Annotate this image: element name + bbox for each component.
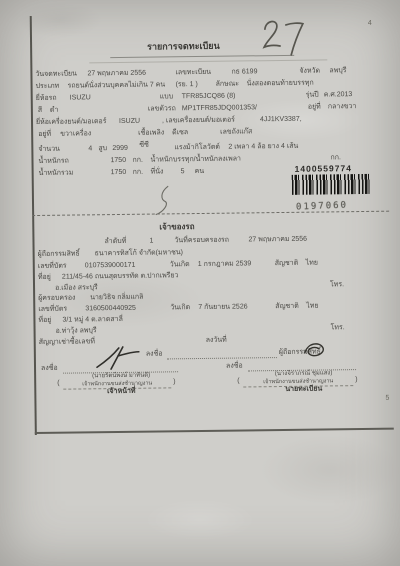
contract-label: สัญญาเช่าซื้อเลขที่ bbox=[39, 338, 95, 347]
pen-mark bbox=[151, 184, 175, 216]
type-value: รถยนต์นั่งส่วนบุคคลไม่เกิน 7 คน bbox=[68, 81, 166, 90]
weight-unit: กก. bbox=[132, 157, 143, 165]
stamped-serial-number: 0197060 bbox=[296, 201, 348, 213]
body-value: นั่งสองตอนท้ายบรรทุก bbox=[247, 80, 314, 89]
possessor-address2-value: อ.ท่าวุ้ง ลพบุรี bbox=[56, 327, 97, 336]
owner-sign-label: ลงชื่อ bbox=[146, 350, 163, 358]
possession-date-label: วันที่ครอบครองรถ bbox=[174, 237, 229, 246]
owner-section-title: เจ้าของรถ bbox=[159, 223, 239, 232]
engine-pos-value: ขวาเครื่อง bbox=[60, 130, 91, 138]
bottom-border-line bbox=[35, 428, 394, 434]
possessor-address-value: 3/1 หมู่ 4 ต.ลาดสาลี่ bbox=[62, 316, 123, 325]
engine-no-label: , เลขเครื่องยนต์/มอเตอร์ bbox=[162, 117, 235, 126]
document-content: รายการจดทะเบียน 4 วันจดทะเบียน 27 พฤษภาค… bbox=[0, 0, 400, 566]
owner-nationality-value: ไทย bbox=[306, 260, 318, 268]
cc-unit: ซีซี bbox=[139, 142, 149, 150]
hp-label: แรงม้ากิโลวัตต์ bbox=[174, 144, 220, 153]
owner-value: ธนาคารทิสโก้ จำกัด(มหาชน) bbox=[95, 249, 183, 258]
registrar-sign-label: ลงชื่อ bbox=[226, 362, 243, 370]
seq-value: 1 bbox=[149, 238, 153, 246]
weight-label: น้ำหนักรถ bbox=[38, 158, 68, 166]
seats-label: ที่นั่ง bbox=[151, 168, 164, 176]
owner-signature bbox=[301, 339, 331, 359]
possessor-address-label: ที่อยู่ bbox=[38, 317, 51, 325]
engine-brand-value: ISUZU bbox=[119, 118, 140, 126]
brand-label: ยี่ห้อรถ bbox=[36, 95, 57, 103]
possessor-value: นายวิธิจ กลิ่มแกลิ bbox=[90, 294, 143, 303]
registrar-title-paren-open: ( bbox=[237, 378, 239, 386]
owner-card-value: 0107539000171 bbox=[85, 262, 136, 271]
possession-date-value: 27 พฤษภาคม 2556 bbox=[248, 236, 307, 245]
reg-no-value: กธ 6199 bbox=[231, 68, 257, 76]
gross-label: น้ำหนักรวม bbox=[39, 170, 74, 178]
dashed-separator bbox=[32, 211, 389, 216]
chassis-pos-value: กลางขวา bbox=[328, 103, 357, 111]
reg-date-value: 27 พฤษภาคม 2556 bbox=[87, 70, 146, 79]
seats-unit: คน bbox=[195, 168, 205, 176]
chassis-no-value: MP1TFR85JDQ001353/ bbox=[182, 104, 257, 113]
possessor-card-label: เลขที่บัตร bbox=[38, 306, 67, 314]
gas-tank-label: เลขถังแก๊ส bbox=[220, 128, 252, 136]
cc-value: 2999 bbox=[112, 145, 128, 153]
page-title: รายการจดทะเบียน bbox=[147, 41, 247, 50]
model-value: TFR85JCQ86 (8) bbox=[182, 93, 236, 102]
type-code: (รย. 1 ) bbox=[176, 81, 198, 89]
officer-title-paren-close: ) bbox=[173, 378, 175, 386]
cylinders-value: 4 bbox=[88, 145, 92, 153]
cylinders-unit: สูบ bbox=[98, 145, 107, 153]
engine-pos-label: อยู่ที่ bbox=[38, 131, 51, 139]
drivetrain-value: 2 เพลา 4 ล้อ ยาง 4 เส้น bbox=[228, 143, 298, 152]
seats-value: 5 bbox=[181, 168, 185, 176]
fuel-value: ดีเซล bbox=[172, 129, 188, 137]
corner-page-number: 4 bbox=[368, 20, 372, 28]
title-underline bbox=[110, 55, 294, 58]
possessor-label: ผู้ครอบครอง bbox=[38, 295, 75, 303]
model-label: แบบ bbox=[160, 93, 174, 101]
owner-address-label: ที่อยู่ bbox=[38, 274, 51, 282]
possessor-nationality-value: ไทย bbox=[306, 303, 318, 311]
possessor-birth-label: วันเกิด bbox=[170, 304, 190, 312]
officer-role: เจ้าหน้าที่ bbox=[71, 387, 171, 396]
contract-date-label: ลงวันที่ bbox=[206, 337, 227, 345]
owner-birth-label: วันเกิด bbox=[170, 261, 190, 269]
weight-value: 1750 bbox=[110, 157, 126, 165]
officer-title-paren-open: ( bbox=[57, 380, 59, 388]
engine-no-value: 4JJ1KV3387, bbox=[260, 116, 302, 125]
reg-date-label: วันจดทะเบียน bbox=[35, 70, 77, 79]
registrar-title-paren-close: ) bbox=[355, 376, 357, 384]
engine-brand-label: ยี่ห้อเครื่องยนต์/มอเตอร์ bbox=[36, 118, 107, 127]
chassis-no-label: เลขตัวรถ bbox=[148, 105, 176, 113]
brand-value: ISUZU bbox=[70, 94, 91, 102]
officer-sign-label: ลงชื่อ bbox=[41, 365, 58, 373]
barcode-number: 1400559774 bbox=[295, 163, 352, 174]
owner-label: ผู้ถือกรรมสิทธิ์ bbox=[38, 250, 80, 259]
owner-address2-value: อ.เมือง สระบุรี bbox=[55, 284, 98, 293]
fuel-label: เชื้อเพลิง bbox=[138, 129, 164, 137]
load-label: น้ำหนักบรรทุก/น้ำหนักลงเพลา bbox=[150, 155, 240, 164]
possessor-nationality-label: สัญชาติ bbox=[275, 303, 299, 311]
reg-no-label: เลขทะเบียน bbox=[175, 69, 211, 77]
officer-signature bbox=[89, 345, 144, 372]
scanned-registration-document: รายการจดทะเบียน 4 วันจดทะเบียน 27 พฤษภาค… bbox=[0, 0, 400, 566]
province-value: ลพบุรี bbox=[329, 67, 346, 75]
body-label: ลักษณะ bbox=[216, 81, 240, 89]
color-value: ดำ bbox=[50, 107, 59, 115]
type-label: ประเภท bbox=[36, 83, 60, 91]
year-label: รุ่นปี bbox=[306, 92, 319, 100]
owner-nationality-label: สัญชาติ bbox=[275, 260, 299, 268]
possessor-birth-value: 7 กันยายน 2526 bbox=[198, 303, 247, 312]
bottom-corner-number: 5 bbox=[385, 395, 389, 403]
handwritten-number-27 bbox=[255, 13, 308, 56]
owner-tel-label: โทร. bbox=[330, 281, 344, 289]
owner-card-label: เลขที่บัตร bbox=[38, 263, 67, 271]
gross-unit: กก. bbox=[133, 169, 144, 177]
seq-label: ลำดับที่ bbox=[104, 238, 126, 246]
possessor-tel-label: โทร. bbox=[331, 324, 345, 332]
color-label: สี bbox=[38, 107, 42, 115]
cylinders-label: จำนวน bbox=[38, 146, 60, 154]
province-label: จังหวัด bbox=[299, 68, 320, 76]
owner-sign-line bbox=[167, 356, 277, 359]
title-underline-2 bbox=[89, 59, 327, 63]
year-value: ค.ศ.2013 bbox=[324, 91, 353, 99]
gross-value: 1750 bbox=[111, 169, 127, 177]
registrar-role: นายทะเบียน bbox=[251, 385, 356, 394]
possessor-card-value: 3160500440925 bbox=[85, 305, 136, 314]
chassis-pos-label: อยู่ที่ bbox=[308, 104, 321, 112]
owner-address-value: 211/45-46 ถนนสุดบรรทัด ต.ปากเพรียว bbox=[62, 272, 179, 281]
barcode bbox=[292, 174, 372, 195]
owner-birth-value: 1 กรกฎาคม 2539 bbox=[198, 260, 252, 269]
load-unit: กก. bbox=[330, 154, 341, 162]
